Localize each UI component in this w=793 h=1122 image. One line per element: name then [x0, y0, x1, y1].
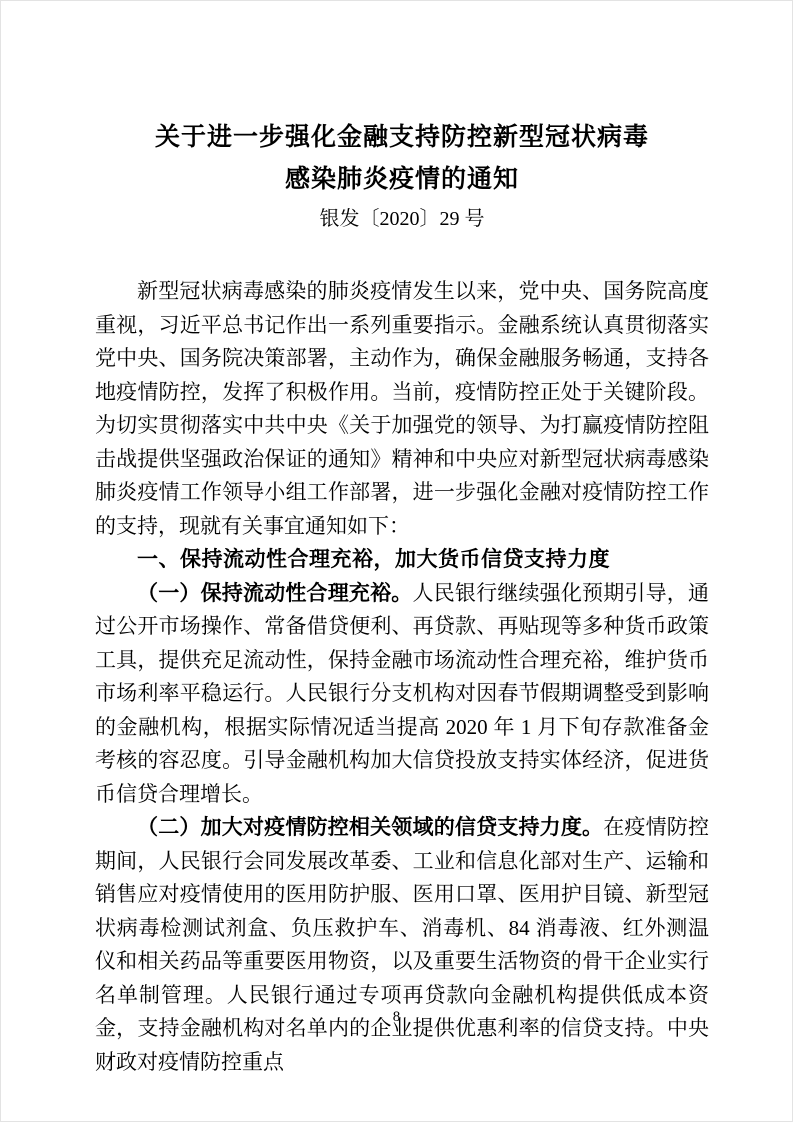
section-heading-1: 一、保持流动性合理充裕，加大货币信贷支持力度: [95, 543, 709, 577]
paragraph-intro: 新型冠状病毒感染的肺炎疫情发生以来，党中央、国务院高度重视，习近平总书记作出一系…: [95, 275, 709, 543]
document-title-line2: 感染肺炎疫情的通知: [95, 158, 709, 200]
document-content: 关于进一步强化金融支持防控新型冠状病毒 感染肺炎疫情的通知 银发〔2020〕29…: [0, 0, 793, 1079]
item2-body: 在疫情防控期间，人民银行会同发展改革委、工业和信息化部对生产、运输和销售应对疫情…: [95, 815, 709, 1074]
document-title: 关于进一步强化金融支持防控新型冠状病毒 感染肺炎疫情的通知: [95, 116, 709, 200]
document-number: 银发〔2020〕29 号: [95, 204, 709, 234]
document-title-line1: 关于进一步强化金融支持防控新型冠状病毒: [95, 116, 709, 158]
document-body: 新型冠状病毒感染的肺炎疫情发生以来，党中央、国务院高度重视，习近平总书记作出一系…: [95, 275, 709, 1079]
item2-lead: （二）加大对疫情防控相关领域的信贷支持力度。: [137, 816, 603, 839]
item1-lead: （一）保持流动性合理充裕。: [137, 582, 413, 605]
document-page: 关于进一步强化金融支持防控新型冠状病毒 感染肺炎疫情的通知 银发〔2020〕29…: [0, 0, 793, 1122]
paragraph-item1: （一）保持流动性合理充裕。人民银行继续强化预期引导，通过公开市场操作、常备借贷便…: [95, 577, 709, 812]
page-number: 8: [0, 1006, 793, 1028]
item1-body: 人民银行继续强化预期引导，通过公开市场操作、常备借贷便利、再贷款、再贴现等多种货…: [95, 581, 709, 806]
paragraph-item2: （二）加大对疫情防控相关领域的信贷支持力度。在疫情防控期间，人民银行会同发展改革…: [95, 811, 709, 1079]
